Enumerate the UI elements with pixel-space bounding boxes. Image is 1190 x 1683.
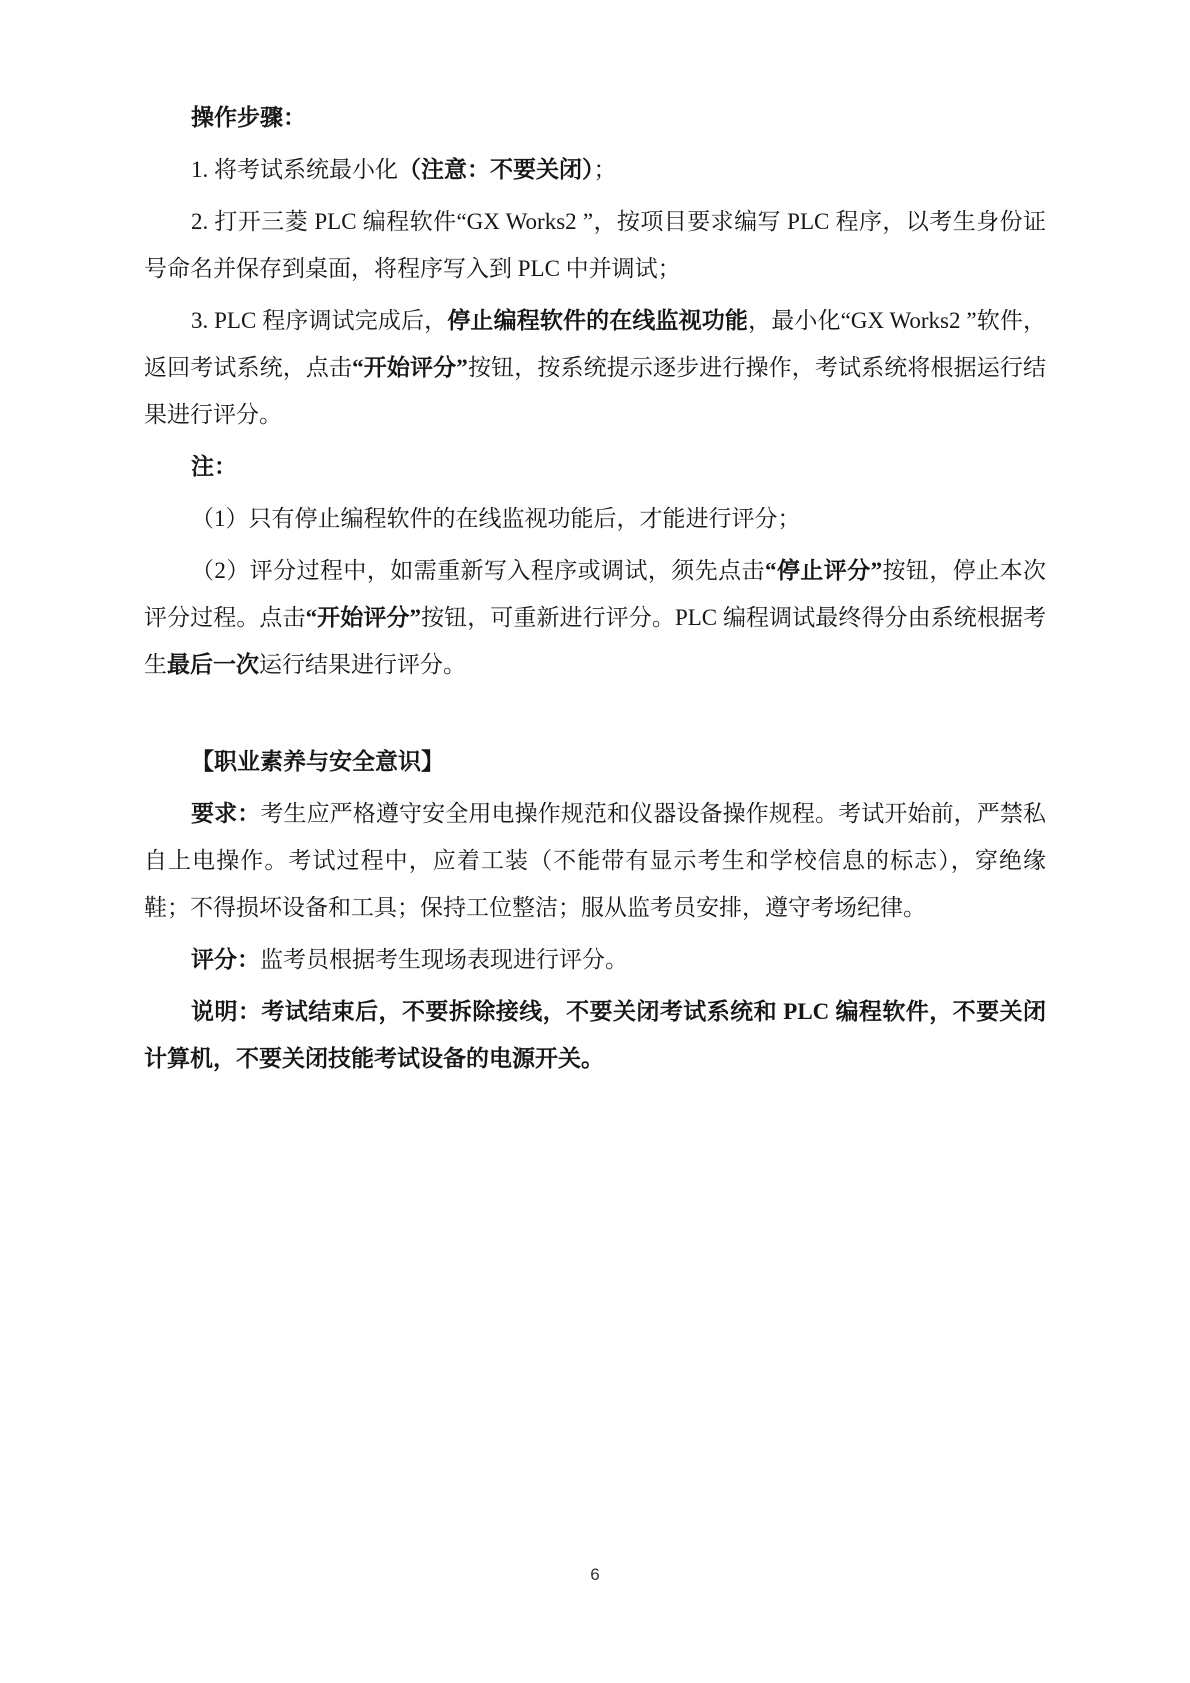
text-run-bold: 要求：: [191, 801, 260, 826]
operation-step-2: 2. 打开三菱 PLC 编程软件“GX Works2 ”，按项目要求编写 PLC…: [144, 198, 1046, 292]
professionalism-heading: 【职业素养与安全意识】: [144, 738, 1046, 785]
text-run-bold: 评分：: [191, 947, 260, 972]
text-run: 3. PLC 程序调试完成后，: [191, 308, 447, 333]
text-run: 考生应严格遵守安全用电操作规范和仪器设备操作规程。考试开始前，严禁私自上电操作。…: [144, 801, 1046, 920]
text-run: 2. 打开三菱 PLC 编程软件“GX Works2 ”，按项目要求编写 PLC…: [144, 209, 1046, 281]
text-run-bold: 最后一次: [167, 652, 259, 677]
text-run: 运行结果进行评分。: [259, 652, 466, 677]
operation-steps-heading: 操作步骤：: [144, 94, 1046, 141]
text-run-bold: “停止评分”: [765, 558, 882, 583]
text-run: （2）评分过程中，如需重新写入程序或调试，须先点击: [191, 558, 765, 583]
operation-step-3: 3. PLC 程序调试完成后，停止编程软件的在线监视功能，最小化“GX Work…: [144, 297, 1046, 438]
professionalism-scoring: 评分：监考员根据考生现场表现进行评分。: [144, 936, 1046, 983]
operation-step-1: 1. 将考试系统最小化（注意：不要关闭）；: [144, 146, 1046, 193]
heading-text: 【职业素养与安全意识】: [191, 749, 444, 774]
document-body: 操作步骤： 1. 将考试系统最小化（注意：不要关闭）； 2. 打开三菱 PLC …: [144, 94, 1046, 1087]
text-run: 监考员根据考生现场表现进行评分。: [260, 947, 628, 972]
text-run-bold: 停止编程软件的在线监视功能: [447, 308, 748, 333]
note-1: （1）只有停止编程软件的在线监视功能后，才能进行评分；: [144, 495, 1046, 542]
text-run-bold: 说明：考试结束后，不要拆除接线，不要关闭考试系统和 PLC 编程软件，不要关闭计…: [144, 999, 1046, 1071]
heading-text: 操作步骤：: [191, 105, 306, 130]
page-footer: 6: [0, 1565, 1190, 1585]
document-page: 操作步骤： 1. 将考试系统最小化（注意：不要关闭）； 2. 打开三菱 PLC …: [0, 0, 1190, 1683]
heading-text: 注：: [191, 454, 237, 479]
notes-heading: 注：: [144, 443, 1046, 490]
professionalism-instructions: 说明：考试结束后，不要拆除接线，不要关闭考试系统和 PLC 编程软件，不要关闭计…: [144, 988, 1046, 1082]
text-run: 1. 将考试系统最小化: [191, 157, 398, 182]
text-run-bold: “开始评分”: [306, 605, 421, 630]
text-run-bold: （注意：不要关闭）: [398, 157, 594, 182]
professionalism-requirements: 要求：考生应严格遵守安全用电操作规范和仪器设备操作规程。考试开始前，严禁私自上电…: [144, 790, 1046, 931]
text-run-bold: “开始评分”: [352, 355, 468, 380]
text-run: （1）只有停止编程软件的在线监视功能后，才能进行评分；: [191, 506, 801, 531]
page-number: 6: [590, 1565, 599, 1584]
text-run: ；: [594, 157, 617, 182]
note-2: （2）评分过程中，如需重新写入程序或调试，须先点击“停止评分”按钮，停止本次评分…: [144, 547, 1046, 688]
